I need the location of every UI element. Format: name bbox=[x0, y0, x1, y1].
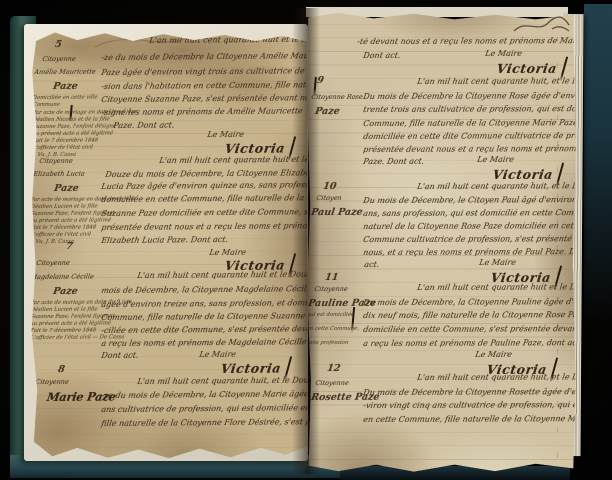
margin-annotation: Fait le 7 décembre 1848 bbox=[30, 327, 96, 334]
entry-number: 5 bbox=[54, 39, 62, 50]
margin-annotation: au présent acte a été légitimé bbox=[30, 217, 111, 224]
mayor-title-line: Le Maire bbox=[477, 155, 515, 164]
margin-name: Citoyenne bbox=[315, 379, 350, 387]
margin-name: Citoyenne bbox=[314, 285, 349, 293]
margin-name: Citoyenne bbox=[39, 157, 74, 165]
right-page-ink-layer: -té devant nous et a reçu les noms et pr… bbox=[306, 11, 576, 473]
handwritten-line: L'an mil huit cent quarante huit et le D… bbox=[137, 269, 308, 280]
handwritten-line: trente trois ans cultivatrice de profess… bbox=[363, 104, 576, 114]
right-page: -té devant nous et a reçu les noms et pr… bbox=[306, 11, 576, 473]
handwritten-line: L'an mil huit cent quarante huit, et le … bbox=[417, 76, 576, 86]
margin-annotation: qui est domiciliée bbox=[306, 312, 354, 318]
entry-number: 9 bbox=[316, 75, 324, 86]
margin-annotation: Suzanne Paze, l'enfant désigné bbox=[32, 123, 116, 130]
margin-annotation: Fait le 7 décembre 1848 bbox=[32, 137, 98, 144]
margin-name: Magdelaine Cécille bbox=[30, 272, 94, 281]
margin-name: Citoyenne bbox=[42, 55, 77, 63]
margin-annotation: Fait le 7 décembre 1848 bbox=[30, 224, 96, 231]
book-cover-bottom-right bbox=[340, 466, 570, 480]
handwritten-line: Suzanne Paze domiciliée en cette dite Co… bbox=[101, 207, 308, 218]
entry-number: 12 bbox=[326, 363, 341, 374]
handwritten-line: Commune, fille naturelle de la Citoyenne… bbox=[363, 118, 576, 128]
handwritten-line: a reçu les noms et prénoms de Pauline Pa… bbox=[363, 338, 576, 348]
margin-annotation: Désilien Lucien et la fille bbox=[30, 203, 98, 210]
margin-name: Paze bbox=[314, 106, 340, 117]
handwritten-line: Du mois de Décembre la Citoyenne Rose âg… bbox=[363, 91, 576, 101]
mayor-signature: Victoria bbox=[496, 61, 559, 76]
margin-annotation: Commune bbox=[32, 102, 60, 108]
handwritten-line: Douze du mois de Décembre, la Citoyenne … bbox=[105, 168, 308, 179]
margin-annotation: sans profession bbox=[306, 340, 349, 346]
entry-number: 11 bbox=[324, 272, 339, 283]
handwritten-line: Commune cultivatrice de profession, s'es… bbox=[363, 234, 576, 244]
handwritten-line: âgée d'environ treize ans, sans professi… bbox=[101, 298, 308, 309]
handwritten-line: mois de Décembre, la Citoyenne Magdelain… bbox=[101, 284, 308, 295]
handwritten-line: L'an mil huit cent quarante huit, et le … bbox=[137, 375, 308, 386]
margin-name: Paze bbox=[52, 81, 78, 92]
handwritten-line: nous, et a reçu les noms et prénoms de P… bbox=[363, 247, 576, 257]
handwritten-line: act. bbox=[364, 260, 380, 269]
margin-name: Citoyenne bbox=[36, 259, 71, 267]
handwritten-line: Du mois de Décembre, le Citoyen Paul âgé… bbox=[363, 195, 576, 205]
handwritten-line: -viron vingt cinq ans cultivatrice de pr… bbox=[363, 400, 576, 410]
handwritten-line: -ze du mois de Décembre la Citoyenne Amé… bbox=[101, 51, 308, 62]
handwritten-line: fille naturelle de la Citoyenne Flore Dé… bbox=[101, 417, 308, 428]
margin-name: Citoyen bbox=[316, 194, 343, 202]
handwritten-line: ans cultivatrice de profession, qui est … bbox=[101, 403, 308, 414]
mayor-title-line: Le Maire bbox=[199, 350, 237, 359]
handwritten-line: Dont act. bbox=[101, 351, 140, 360]
handwritten-line: -té devant nous et a reçu les noms et pr… bbox=[357, 36, 576, 46]
handwritten-line: Lucia Paze âgée d'environ quinze ans, sa… bbox=[101, 180, 308, 191]
mayor-title-line: Le Maire bbox=[479, 258, 517, 267]
mayor-title-line: Le Maire bbox=[209, 248, 247, 257]
handwritten-line: naturel de la Citoyenne Rose Paze domici… bbox=[363, 221, 576, 231]
handwritten-line: présentée devant nous et a reçu les noms… bbox=[101, 221, 308, 232]
margin-name: Amélie Mauricette bbox=[34, 67, 97, 76]
handwritten-line: L'an mil huit cent quarante huit, et le … bbox=[417, 181, 576, 191]
mayor-signature: Victoria bbox=[224, 140, 287, 156]
handwritten-line: en cette Commune, fille naturelle de la … bbox=[363, 414, 576, 424]
handwritten-line: a reçu les noms et prénoms de Magdelaine… bbox=[101, 337, 308, 348]
left-page-ink-layer: ʒ5L'an mil huit cent quarante huit et le… bbox=[30, 29, 308, 459]
margin-annotation: L'officier de l'état civil bbox=[30, 231, 91, 238]
mayor-title-line: Le Maire bbox=[485, 49, 523, 58]
margin-annotation: L'officier de l'état civil bbox=[32, 144, 93, 151]
register-scan: ʒ5L'an mil huit cent quarante huit et le… bbox=[0, 0, 612, 480]
handwritten-line: dix neuf mois, fille naturelle de la Cit… bbox=[363, 310, 576, 320]
handwritten-line: Paze âgée d'environ vingt trois ans cult… bbox=[101, 66, 308, 77]
handwritten-line: L'an mil huit cent quarante huit, et le … bbox=[417, 372, 576, 382]
margin-name: Paul Paze bbox=[310, 207, 363, 218]
left-page: ʒ5L'an mil huit cent quarante huit et le… bbox=[30, 29, 308, 459]
mayor-signature: Victoria bbox=[492, 167, 555, 182]
handwritten-line: L'an mil huit cent quarante huit et le bbox=[159, 155, 308, 165]
handwritten-line: Citoyenne Suzanne Paze, s'est présentée … bbox=[101, 93, 308, 104]
mayor-signature: Victoria bbox=[220, 360, 283, 376]
margin-annotation: au présent acte a été légitimé bbox=[32, 130, 113, 137]
handwritten-line: Commune, fille naturelle de la Citoyenne… bbox=[101, 311, 308, 322]
handwritten-line: Paze. Dont act. bbox=[363, 157, 425, 166]
margin-name: Paze bbox=[52, 286, 78, 297]
handwritten-line: Dont act. bbox=[363, 51, 402, 60]
margin-annotation: au présent acte a été légitimé bbox=[30, 320, 111, 327]
handwritten-line: Paze. Dont act. bbox=[113, 120, 175, 130]
entry-number: 10 bbox=[322, 181, 337, 192]
book-cover-right bbox=[584, 4, 612, 324]
handwritten-line: -ze du mois de Décembre, la Citoyenne Ma… bbox=[101, 389, 308, 400]
handwritten-line: -sion dans l'habitation en cette Commune… bbox=[101, 80, 308, 91]
handwritten-line: ans, sans profession, qui est domicilié … bbox=[363, 208, 576, 218]
margin-name: Citoyenne Rose bbox=[311, 93, 364, 101]
margin-annotation: Par acte de mariage en date de ce jour bbox=[32, 109, 137, 116]
margin-name: Elizabeth Lucia bbox=[33, 170, 85, 178]
handwritten-line: -ciliée en cette dite Commune, s'est pré… bbox=[101, 324, 308, 335]
handwritten-line: L'an mil huit cent quarante huit et le D… bbox=[417, 282, 576, 292]
handwritten-line: Du mois de Décembre, la Citoyenne Paulin… bbox=[363, 297, 576, 307]
handwritten-line: présentée devant nous et a reçu les noms… bbox=[363, 144, 576, 154]
handwritten-line: Du mois de Décembre la Citoyenne Rosette… bbox=[363, 387, 576, 397]
mayor-title-line: Le Maire bbox=[475, 350, 513, 359]
handwritten-line: Elizabeth Lucia Paze. Dont act. bbox=[101, 235, 229, 245]
entry-number: 8 bbox=[57, 364, 65, 375]
margin-annotation: Désilien Lucien et la fille bbox=[30, 306, 98, 313]
margin-annotation: Domiciliée en cette ville bbox=[32, 94, 98, 101]
handwritten-line: domiciliée en cette Commune, fille natur… bbox=[101, 193, 308, 204]
handwritten-line: domiciliée en cette dite Commune cultiva… bbox=[363, 131, 576, 141]
margin-name: Citoyenne bbox=[35, 378, 70, 386]
handwritten-line: domiciliée en cette Commune, s'est prése… bbox=[363, 324, 576, 334]
entry-number: 7 bbox=[65, 241, 73, 252]
mayor-title-line: Le Maire bbox=[207, 130, 245, 139]
margin-name: Paze bbox=[53, 183, 79, 194]
